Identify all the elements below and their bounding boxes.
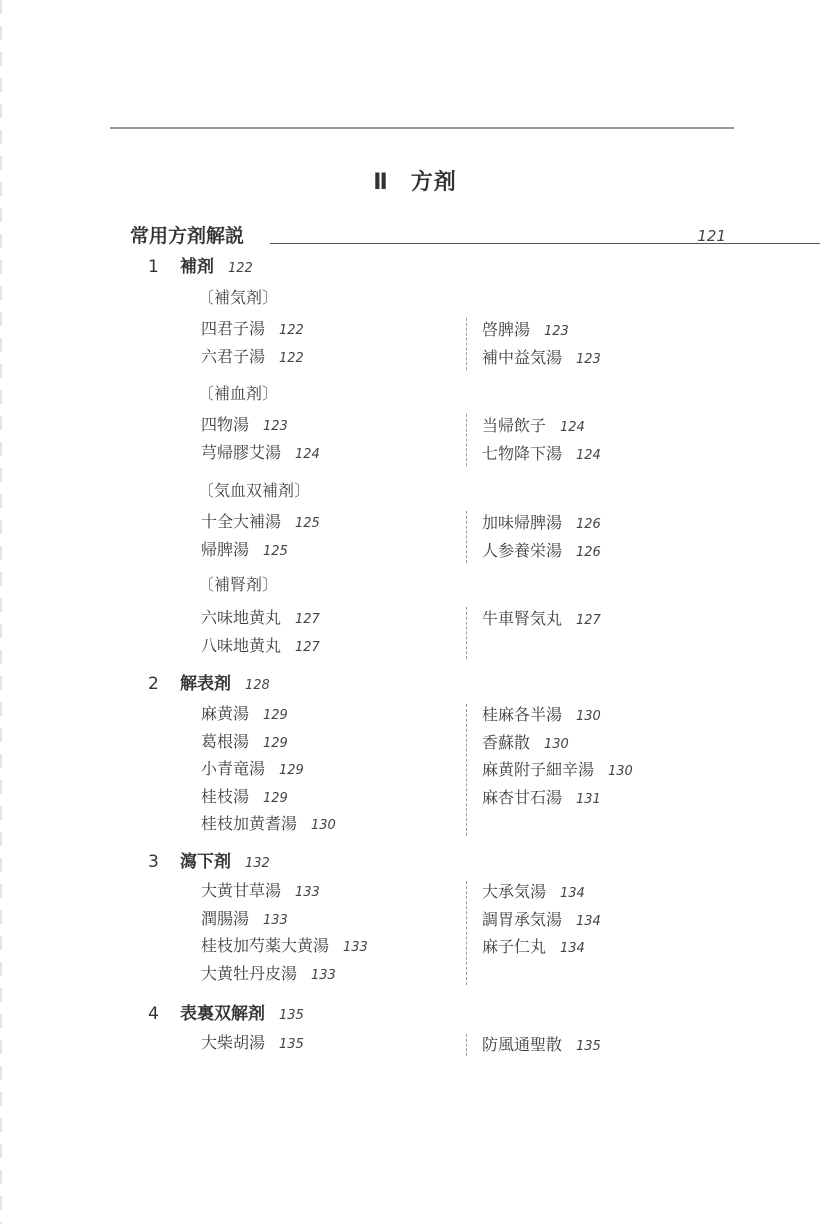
toc-entry[interactable]: 大承気湯134 bbox=[482, 878, 601, 906]
toc-entry[interactable]: 補中益気湯123 bbox=[482, 344, 601, 372]
toc-entry[interactable]: 帰脾湯125 bbox=[201, 536, 320, 564]
top-rule bbox=[110, 127, 734, 129]
section-title: 瀉下剤 bbox=[180, 852, 231, 872]
toc-entry[interactable]: 桂麻各半湯130 bbox=[482, 701, 633, 729]
toc-entry[interactable]: 麻杏甘石湯131 bbox=[482, 784, 633, 812]
subgroup-label: 〔補腎剤〕 bbox=[198, 572, 278, 598]
toc-entry[interactable]: 桂枝湯129 bbox=[201, 783, 336, 811]
section-title: 補剤 bbox=[180, 257, 214, 277]
column-divider bbox=[466, 414, 467, 466]
toc-entry[interactable]: 七物降下湯124 bbox=[482, 440, 601, 468]
section-number: 2 bbox=[148, 671, 180, 697]
toc-entry[interactable]: 八味地黄丸127 bbox=[201, 632, 320, 660]
toc-entry[interactable]: 六君子湯122 bbox=[201, 343, 304, 371]
toc-section-1[interactable]: 1補剤122 bbox=[148, 254, 253, 280]
section-page: 122 bbox=[228, 261, 253, 276]
toc-column-right: 加味帰脾湯126 人参養栄湯126 bbox=[482, 509, 601, 564]
toc-column-right: 防風通聖散135 bbox=[482, 1031, 601, 1059]
toc-entry[interactable]: 四君子湯122 bbox=[201, 315, 304, 343]
toc-entry[interactable]: 桂枝加芍薬大黄湯133 bbox=[201, 932, 368, 960]
toc-column-left: 四物湯123 芎帰膠艾湯124 bbox=[201, 411, 320, 466]
toc-entry[interactable]: 麻黄附子細辛湯130 bbox=[482, 756, 633, 784]
toc-chapter[interactable]: 常用方剤解説 121 bbox=[130, 221, 730, 251]
toc-entry[interactable]: 加味帰脾湯126 bbox=[482, 509, 601, 537]
toc-entry[interactable]: 小青竜湯129 bbox=[201, 755, 336, 783]
toc-entry[interactable]: 大黄牡丹皮湯133 bbox=[201, 960, 368, 988]
toc-section-4[interactable]: 4表裏双解剤135 bbox=[148, 1001, 304, 1027]
section-page: 135 bbox=[279, 1008, 304, 1023]
toc-column-right: 桂麻各半湯130 香蘇散130 麻黄附子細辛湯130 麻杏甘石湯131 bbox=[482, 701, 633, 811]
toc-entry[interactable]: 防風通聖散135 bbox=[482, 1031, 601, 1059]
leader-line bbox=[270, 243, 820, 244]
toc-entry[interactable]: 四物湯123 bbox=[201, 411, 320, 439]
subgroup-label: 〔気血双補剤〕 bbox=[198, 478, 310, 504]
chapter-page: 121 bbox=[697, 227, 726, 245]
toc-entry[interactable]: 葛根湯129 bbox=[201, 728, 336, 756]
section-title: 解表剤 bbox=[180, 674, 231, 694]
toc-column-right: 牛車腎気丸127 bbox=[482, 605, 601, 633]
toc-entry[interactable]: 十全大補湯125 bbox=[201, 508, 320, 536]
toc-column-left: 大柴胡湯135 bbox=[201, 1029, 304, 1057]
section-number: 1 bbox=[148, 254, 180, 280]
part-number: Ⅱ bbox=[373, 170, 389, 195]
toc-entry[interactable]: 麻黄湯129 bbox=[201, 700, 336, 728]
toc-entry[interactable]: 芎帰膠艾湯124 bbox=[201, 439, 320, 467]
section-title: 表裏双解剤 bbox=[180, 1004, 265, 1024]
toc-entry[interactable]: 牛車腎気丸127 bbox=[482, 605, 601, 633]
section-number: 4 bbox=[148, 1001, 180, 1027]
toc-column-left: 大黄甘草湯133 潤腸湯133 桂枝加芍薬大黄湯133 大黄牡丹皮湯133 bbox=[201, 877, 368, 987]
part-title: Ⅱ方剤 bbox=[0, 165, 830, 196]
toc-column-left: 十全大補湯125 帰脾湯125 bbox=[201, 508, 320, 563]
toc-entry[interactable]: 人参養栄湯126 bbox=[482, 537, 601, 565]
column-divider bbox=[466, 511, 467, 563]
column-divider bbox=[466, 607, 467, 659]
toc-entry[interactable]: 六味地黄丸127 bbox=[201, 604, 320, 632]
subgroup-label: 〔補血剤〕 bbox=[198, 381, 278, 407]
toc-column-right: 啓脾湯123 補中益気湯123 bbox=[482, 316, 601, 371]
part-title-text: 方剤 bbox=[411, 170, 457, 195]
toc-section-2[interactable]: 2解表剤128 bbox=[148, 671, 270, 697]
toc-column-right: 当帰飲子124 七物降下湯124 bbox=[482, 412, 601, 467]
toc-column-left: 麻黄湯129 葛根湯129 小青竜湯129 桂枝湯129 桂枝加黄耆湯130 bbox=[201, 700, 336, 838]
section-number: 3 bbox=[148, 849, 180, 875]
column-divider bbox=[466, 881, 467, 985]
toc-entry[interactable]: 潤腸湯133 bbox=[201, 905, 368, 933]
toc-entry[interactable]: 当帰飲子124 bbox=[482, 412, 601, 440]
toc-column-right: 大承気湯134 調胃承気湯134 麻子仁丸134 bbox=[482, 878, 601, 961]
toc-column-left: 四君子湯122 六君子湯122 bbox=[201, 315, 304, 370]
section-page: 132 bbox=[245, 856, 270, 871]
column-divider bbox=[466, 1034, 467, 1056]
toc-entry[interactable]: 麻子仁丸134 bbox=[482, 933, 601, 961]
toc-entry[interactable]: 調胃承気湯134 bbox=[482, 906, 601, 934]
toc-entry[interactable]: 大黄甘草湯133 bbox=[201, 877, 368, 905]
column-divider bbox=[466, 318, 467, 370]
toc-entry[interactable]: 香蘇散130 bbox=[482, 729, 633, 757]
column-divider bbox=[466, 704, 467, 836]
toc-section-3[interactable]: 3瀉下剤132 bbox=[148, 849, 270, 875]
section-page: 128 bbox=[245, 678, 270, 693]
toc-entry[interactable]: 大柴胡湯135 bbox=[201, 1029, 304, 1057]
toc-column-left: 六味地黄丸127 八味地黄丸127 bbox=[201, 604, 320, 659]
toc-entry[interactable]: 啓脾湯123 bbox=[482, 316, 601, 344]
toc-entry[interactable]: 桂枝加黄耆湯130 bbox=[201, 810, 336, 838]
subgroup-label: 〔補気剤〕 bbox=[198, 285, 278, 311]
chapter-title: 常用方剤解説 bbox=[130, 221, 244, 248]
